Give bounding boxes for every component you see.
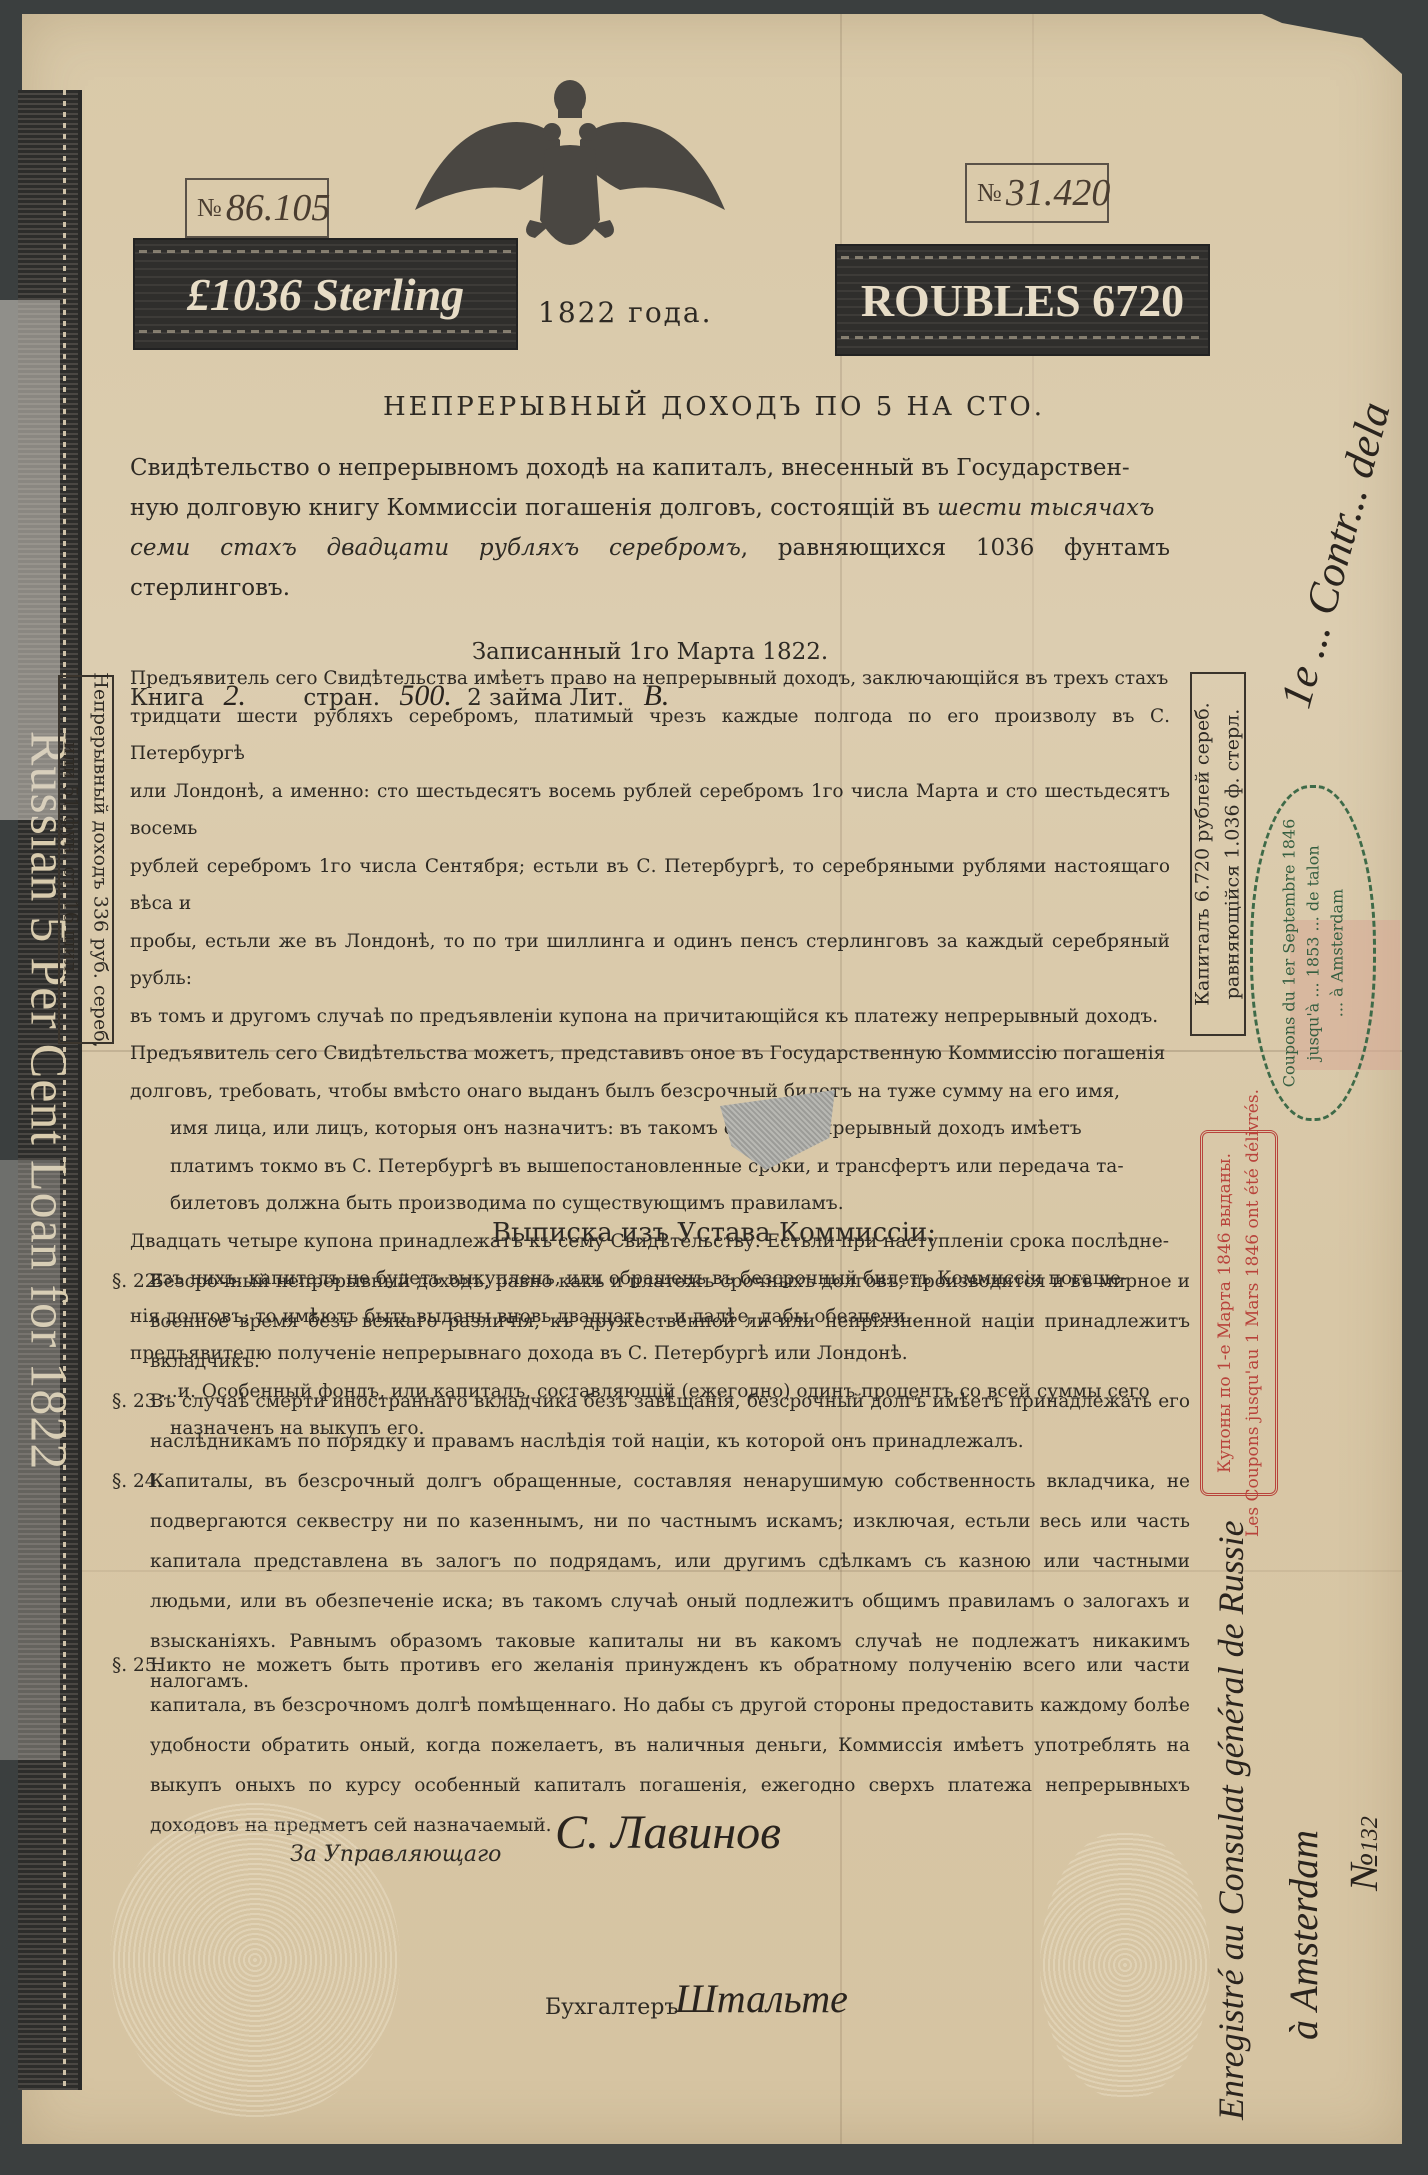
serial-number-left: №86.105	[185, 178, 329, 238]
document-title: НЕПРЕРЫВНЫЙ ДОХОДЪ ПО 5 НА СТО.	[0, 392, 1428, 422]
serial-number-right: №31.420	[965, 163, 1109, 223]
accountant-signature: Штальте	[675, 1975, 848, 2022]
manager-signature: С. Лавинов	[555, 1805, 781, 1860]
accountant-label: Бухгалтеръ	[545, 1995, 678, 2020]
gauze-repair	[0, 1160, 60, 1760]
torn-corner	[1202, 14, 1402, 74]
gauze-repair	[0, 300, 60, 820]
statute-section-23: §. 23.Въ случаѣ смерти иностраннаго вкла…	[150, 1382, 1190, 1462]
coupons-issued-stamp: Купоны по 1-е Марта 1846 выданы.Les Coup…	[1200, 1130, 1278, 1496]
embossed-seal	[1040, 1830, 1210, 2100]
registration-number: №132	[1340, 1816, 1387, 1890]
issue-year: 1822 года.	[538, 296, 713, 329]
sterling-amount-plate: £1036 Sterling	[133, 238, 518, 350]
consulate-registration-note: Enregistré au Consulat général de Russie	[1210, 1520, 1252, 2120]
income-side-box: Непрерывный доходъ 336 руб. сереб,или 51…	[58, 675, 114, 1044]
manager-label: За Управляющаго	[290, 1842, 501, 1867]
amsterdam-coupon-stamp: Coupons du 1er Septembre 1846jusqu'à ...…	[1250, 785, 1376, 1121]
capital-side-box: Капиталъ 6.720 рублей сереб.равняющійся …	[1190, 672, 1246, 1036]
amsterdam-note: à Amsterdam	[1280, 1830, 1327, 2040]
roubles-amount-plate: ROUBLES 6720	[835, 244, 1210, 356]
statute-section-22: §. 22.Безсрочный непрерывный доходъ, рав…	[150, 1262, 1190, 1382]
